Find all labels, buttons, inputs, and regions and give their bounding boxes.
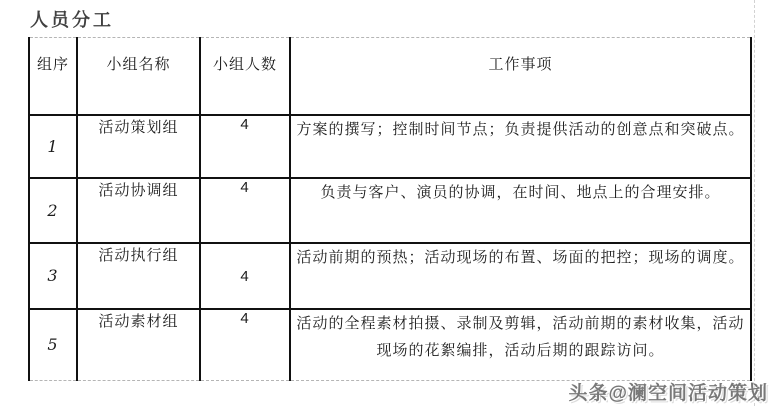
- cell-group-size: 4: [200, 115, 290, 178]
- staff-assignment-table: 组序 小组名称 小组人数 工作事项 1 活动策划组 4 方案的撰写；控制时间节点…: [28, 37, 752, 381]
- column-header-group-size: 小组人数: [200, 38, 290, 115]
- table-header-row: 组序 小组名称 小组人数 工作事项: [29, 38, 751, 115]
- section-title: 人员分工: [30, 6, 114, 32]
- table-row: 2 活动协调组 4 负责与客户、演员的协调，在时间、地点上的合理安排。: [29, 178, 751, 243]
- cell-group-order: 2: [29, 178, 77, 243]
- cell-group-name: 活动执行组: [77, 243, 200, 309]
- table-row: 5 活动素材组 4 活动的全程素材拍摄、录制及剪辑，活动前期的素材收集，活动现场…: [29, 309, 751, 381]
- cell-group-name: 活动素材组: [77, 309, 200, 381]
- cell-group-size: 4: [200, 178, 290, 243]
- document-page: 人员分工 组序 小组名称 小组人数 工作事项 1 活动策划组 4 方案的撰写；控…: [0, 0, 774, 406]
- cell-group-order: 1: [29, 115, 77, 178]
- column-header-group-name: 小组名称: [77, 38, 200, 115]
- table-row: 3 活动执行组 4 活动前期的预热；活动现场的布置、场面的把控；现场的调度。: [29, 243, 751, 309]
- column-header-group-order: 组序: [29, 38, 77, 115]
- cell-work-items: 活动前期的预热；活动现场的布置、场面的把控；现场的调度。: [290, 243, 751, 309]
- table-row: 1 活动策划组 4 方案的撰写；控制时间节点；负责提供活动的创意点和突破点。: [29, 115, 751, 178]
- cell-group-order: 3: [29, 243, 77, 309]
- page-edge-line: [754, 0, 755, 406]
- cell-group-name: 活动策划组: [77, 115, 200, 178]
- cell-group-size: 4: [200, 309, 290, 381]
- cell-group-name: 活动协调组: [77, 178, 200, 243]
- cell-group-order: 5: [29, 309, 77, 381]
- cell-work-items: 负责与客户、演员的协调，在时间、地点上的合理安排。: [290, 178, 751, 243]
- cell-group-size: 4: [200, 243, 290, 309]
- watermark-text: 头条@澜空间活动策划: [568, 378, 768, 405]
- column-header-work-items: 工作事项: [290, 38, 751, 115]
- cell-work-items: 方案的撰写；控制时间节点；负责提供活动的创意点和突破点。: [290, 115, 751, 178]
- cell-work-items: 活动的全程素材拍摄、录制及剪辑，活动前期的素材收集，活动现场的花絮编排，活动后期…: [290, 309, 751, 381]
